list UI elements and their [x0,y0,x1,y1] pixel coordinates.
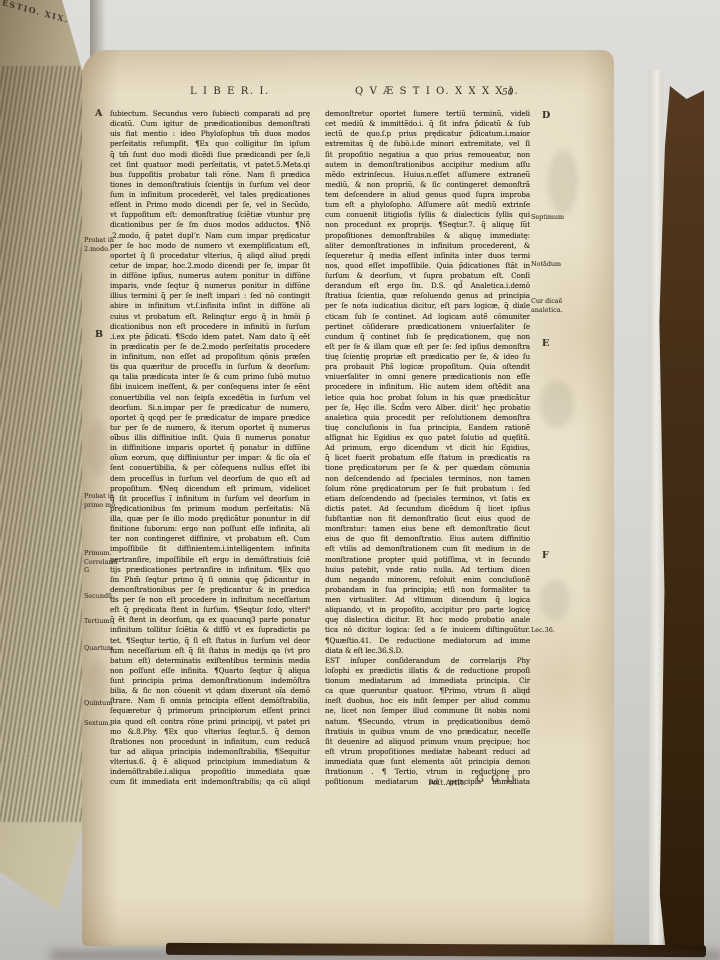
margin-left-notes: AProbat in2.modo.BProbat inprimo mōPrimu… [84,0,110,960]
page-stack-edge [612,56,652,946]
text-line: .2.modo, q̃ patet duplʼr. Nam cum impar … [110,231,310,241]
text-line: pia quod eſt contra rōne primi principij… [110,717,310,727]
text-line: per ſe nota iudicatiua dicitur, eſt pars… [325,301,530,311]
text-line: oportet q̃ ſi procedatur vlterius, q̃ al… [110,251,310,261]
text-line: cuius vt probatum eſt. Relinqtur ergo q̃… [110,312,310,322]
text-line: loſophi ex prædictis illatis & de reduct… [325,666,530,676]
text-line: ſurſum & deorſum, vt ſupra probatum eſt.… [325,271,530,281]
text-line: illius termini q̃ per ſe ineſt impari : … [110,291,310,301]
text-line: ne, licet non ſemper illud commune ſit n… [325,706,530,716]
flyleaf-edge [649,70,663,946]
text-line: procedere in infinitum. Hic autem idem o… [325,382,530,392]
margin-letter: D [531,112,550,121]
text-line: tum eſt a phyloſopho. Aſſumere aũt mediũ… [325,200,530,210]
text-line: non procedunt ex proprijs. ¶Seqtur.7. q̃… [325,220,530,230]
text-line: ca quæ queruntur quatuor. ¶Primo, vtrum … [325,686,530,696]
margin-note: Notãdum [531,260,561,269]
text-line: oĩum eorum, quę diffiniuntur per impar: … [110,453,310,463]
text-line: monſtratur: tamen eius bene eſt demonſtr… [325,524,530,534]
text-line: bilia, & ſic non cōuenit vt qdam dixerun… [110,686,310,696]
text-line: q̃ licet fuerit probatum eſſe ſtatum in … [325,453,530,463]
leather-cover [658,86,704,956]
text-line: letice quia hoc probat ſolum in his quæ … [325,393,530,403]
text-line: etiam deſcendendo ad ſpeciales terminos,… [325,494,530,504]
text-line: mẽdo extrinſecus. Huius.n.eſſet aſſumere… [325,170,530,180]
text-line: Ad primum, ergo dicendum vt dicit hic Eg… [325,443,530,453]
text-line: vlterius.6. q̃ ẽ aliquod principium imme… [110,757,310,767]
text-line: diata & eſt lec.36.S.D. [325,646,530,656]
text-line: iectũ de quo.ſ.p prius prędicatur p̃dica… [325,129,530,139]
text-line: indemōſtrabile.i.aliqua propoſitio immed… [110,767,310,777]
text-line: ſubſtantiæ non fit demonſtratio ſicut ei… [325,514,530,524]
text-line: propoſitum. ¶Neq dicendum eſt primum, vi… [110,484,310,494]
text-line: tis qua quæritur de proceſſu in ſurſum &… [110,362,310,372]
text-line: tica nō dicitur logica: ſed a ſe inuicem… [325,625,530,635]
text-line: eſt per ſe & illam quæ eſt per ſe: ſed i… [325,342,530,352]
text-line: eſſent in Primo modo dicendi per ſe, vel… [110,200,310,210]
text-line: nos, quod eſſet impoſſibile. Quia p̃dica… [325,261,530,271]
text-line: ſequeretur q̃ media eſſent infinita inte… [325,251,530,261]
text-line: impoſſibile ſit diffinientem.i.intellige… [110,544,310,554]
text-line: ſent conuertibilia, & per cōſequens null… [110,463,310,473]
text-line: tionum mediatarum ad immediata principia… [325,676,530,686]
text-line: mo &.8.Phy. ¶Ex quo vlterius ſeqtur.5. q… [110,727,310,737]
text-column-left: ſubiectum. Secundus vero ſubiecti compar… [110,109,310,787]
text-line: demonſtrationibus per ſe prędicantur & i… [110,585,310,595]
text-line: propoſitiones demonſtrabiles & aliquę im… [325,231,530,241]
text-line: per ſe hoc modo de numero vt exemplifica… [110,241,310,251]
text-line: dicationibus non eſt procedere in infini… [110,322,310,332]
text-line: cetur de impar, hoc.2.modo dicendi per ſ… [110,261,310,271]
text-line: in diffōne ipſius, numerus autem ponitur… [110,271,310,281]
text-line: ſum neceſſarium eſt q̃ ſit ſtatus in med… [110,646,310,656]
text-line: tiones in demonſtratiuis ſcientijs in ſu… [110,180,310,190]
text-line: infinitum tollitur ſciẽtia & diffō vt ex… [110,625,310,635]
text-line: dicatũ. Cum igitur de prædicationibus de… [110,119,310,129]
text-line: ſequæretur q̃ primorum principiorum eſſe… [110,706,310,716]
text-line: aliquando, vt in propoſito, accipitur pr… [325,605,530,615]
text-line: vt ſuppoſitum eſt: demonſtratiuę ſciẽtiæ… [110,210,310,220]
text-line: men virtualiter. Ad vltimum dicendum q̃ … [325,595,530,605]
text-line: abire in infinitum vt.ſ.infinita inſint … [110,301,310,311]
text-line: q̃ ſit proceſſus ĩ infinitum in ſurſum v… [110,494,310,504]
text-line: tur per ſe de numero, & iterum oportet q… [110,423,310,433]
margin-note: Cur dicaẽanaletica. [531,297,563,314]
text-line: tur ad aliqua principia indemonſtrabilia… [110,747,310,757]
text-line: dicationibus per ſe ſm duos modos adduct… [110,220,310,230]
text-line: .i.ex pte p̃dicati. ¶Scdo idem patet. Na… [110,332,310,342]
margin-letter: A [84,110,102,119]
text-line: ſtrationes non procedunt in infinitum, c… [110,737,310,747]
text-line: tiuę ſcientię propriæ eſt prædicatio per… [325,352,530,362]
signature-mark: G G ij [476,774,517,785]
text-line: ſtratiua ſcientia, quæ reſoluendo genus … [325,291,530,301]
text-line: aſſignat hic Egidius ex quo patet ſoluti… [325,433,530,443]
text-line: tiuę concluſionis in ſua principia, Eand… [325,423,530,433]
text-line: in infinitum, non eſſet ad propoſitum qō… [110,352,310,362]
text-line: ſtratiuis in quibus vnum de vno prædicat… [325,727,530,737]
text-line: perſeitatis reſumpſit. ¶Ex quo colligitu… [110,139,310,149]
book-photo: ESTIO. XIX. L I B E R. I. Q V Æ S T I O.… [0,0,720,960]
text-line: finitione ſuborum: ergo non poſſunt eſſe… [110,524,310,534]
text-line: autem in demonſtrationibus accipitur med… [325,160,530,170]
text-line: qa talia prædicata inter ſe & cum primo … [110,372,310,382]
text-line: ſubiectum. Secundus vero ſubiecti compar… [110,109,310,119]
margin-note: Probat inprimo mō [84,492,115,509]
text-line: EST inſuper conſiderandum de correlarijs… [325,656,530,666]
text-line: ineſt duobus, hoc eis inſit ſemper per a… [325,696,530,706]
margin-note: Septimum [531,213,564,222]
text-line: immediata quæ ſunt elementa aũt principi… [325,757,530,767]
text-line: natum. ¶Secundo, vtrum in prędicationibu… [325,717,530,727]
text-line: cet mediũ & immittẽdo.i. q̃ ſit infra p̃… [325,119,530,129]
text-line: bus ſuppoſitis probatur tali rōne. Nam ſ… [110,170,310,180]
text-line: aliter demonſtrationes in infinitum proc… [325,241,530,251]
text-line: eius de quo fit demonſtratio. Eius autem… [325,534,530,544]
margin-note: Primum.CorrelariūG [84,549,118,575]
facing-page-text-lines [0,66,95,822]
text-line: deorſum. Si.n.impar per ſe prædicatur de… [110,403,310,413]
book-shadow [50,951,720,960]
margin-note: Tertium. [84,617,111,626]
text-line: tijs prædicationes pertranſire in infini… [110,565,310,575]
text-line: eſt q̃ prędicata ſtent in ſurſum. ¶Seqtu… [110,605,310,615]
text-line: ſit deuenire ad aliquod primum vnum pręc… [325,737,530,747]
margin-note: Quintum [84,699,112,708]
facing-page-header-fragment: ESTIO. XIX. [1,0,69,25]
margin-note: Sextum. [84,719,111,728]
text-line: in prædicatis per ſe de.2.modo perſeitat… [110,342,310,352]
text-line: ſunt principia prima demonſtrationum ind… [110,676,310,686]
text-line: uis fiat mentio : ideo Phyloſophus tm̃ d… [110,129,310,139]
text-line: illa, quæ per ſe illo modo prędicãtur po… [110,514,310,524]
margin-note: Probat in2.modo. [84,236,114,253]
text-line: monſtratione propter quid potiſſima, vt … [325,555,530,565]
text-line: in diffinitione imparis oportet q̃ ponat… [110,443,310,453]
text-line: analetica quia procedit per reſolutionem… [325,413,530,423]
text-line: ſm Phm̃ ſeqtur primo q̃ ſi omnia quę p̃d… [110,575,310,585]
text-line: huius patebit, vnde ratio nulla. Ad tert… [325,565,530,575]
margin-right-notes: DSeptimumNotãdumCur dicaẽanaletica.EFLec… [531,0,583,960]
margin-letter: F [531,552,549,561]
text-line: mediũ, & non propriũ, & ſic contingeret … [325,180,530,190]
page-number: 50 [502,88,513,98]
text-line: imparis, vnde ſeqtur q̃ numerus ponitur … [110,281,310,291]
text-line: oĩbus illis diffinitiue inſit. Quia ſi n… [110,433,310,443]
text-line: ſum in infinitum procederẽt, vel tales p… [110,190,310,200]
text-line: non poſſunt eſſe infinita. ¶Quarto ſeqtu… [110,666,310,676]
text-line: cticam ſub ſe continet. Ad logicam autẽ … [325,312,530,322]
catchword: Poſt.Ariſt. [428,778,465,787]
text-line: tem deſcendere in aliud genus quod ſupra… [325,190,530,200]
text-line: eſt vtrum propoſitiones mediatæ habeant … [325,747,530,757]
text-line: demonſtretur oportet ſumere tertiũ termi… [325,109,530,119]
text-line: dem proceſſus in ſurſum vel deorſum de q… [110,474,310,484]
text-line: tis per ſe non eſt procedere in infinitu… [110,595,310,605]
text-line: ſibi inuicem ineſſent, & per conſequens … [110,382,310,392]
text-line: non deſcendendo ad ſpeciales terminos, n… [325,474,530,484]
text-line: tet. ¶Seqtur tertio, q̃ ſi eſt ſtatus in… [110,636,310,646]
text-line: ſolum rōne prędicatorum per ſe fuit prob… [325,484,530,494]
text-line: cum ſit immediata erit indemonſtrabilis;… [110,777,310,787]
text-line: q̃ ẽt ſtent in deorſum, qa ex quacunq3 p… [110,615,310,625]
text-line: probandam in ſua principia; etſi non for… [325,585,530,595]
margin-note: Quartum. [84,644,115,653]
text-line: derandum eſt ergo ſm. D.S. qd̃ Analetica… [325,281,530,291]
margin-letter: B [84,331,103,340]
text-line: per ſe, Hęc ille. Scd̃m vero Alber. dici… [325,403,530,413]
text-line: ſit propoſitio negatiua a quo prius remo… [325,150,530,160]
text-line: eſt vtilis ad demonſtrationem cum ſit me… [325,544,530,554]
text-column-right: demonſtretur oportet ſumere tertiũ termi… [325,109,530,787]
running-header-book: L I B E R. I. [190,86,270,97]
text-line: q̃ tm̃ ſunt duo modi dicẽdi ſiue prædica… [110,150,310,160]
text-line: vniuerſaliter in omni genere prædication… [325,372,530,382]
text-line: batum eſt) determinatis exiſtentibus ter… [110,656,310,666]
text-line: ¶Quæſtio.41. De reductione mediatorum ad… [325,636,530,646]
text-line: pertranſire, impoſſibile eſt ergo in dem… [110,555,310,565]
text-line: cum conuenit litigioſis ſyllis & dialect… [325,210,530,220]
text-line: cet ſint quatuor modi perſeitatis, vt pa… [110,160,310,170]
text-line: dum negando minorem, reſoluit enim concl… [325,575,530,585]
text-line: ter non contingeret diffinire, vt probat… [110,534,310,544]
text-line: oportet q̃ qcqd per ſe prædicatur de imp… [110,413,310,423]
text-line: prędicationibus ſm primum modum perſeita… [110,504,310,514]
margin-note: Secundũ. [84,592,114,601]
text-line: cundum q̃ continet ſub ſe prędicationem,… [325,332,530,342]
text-line: extremitas q̃ de ſubō.i.de minori extrem… [325,139,530,149]
text-line: dictis patet. Ad ſecundum dicẽdum q̃ lic… [325,504,530,514]
text-line: ſtrare. Nam ſi omnia principia eſſent de… [110,696,310,706]
running-header-question: Q V Æ S T I O. X X X X I. [355,86,519,97]
text-line: quę dialectica dicitur. Et hoc modo prob… [325,615,530,625]
text-line: pra probauit Phs̃ logicæ propoſitum. Qui… [325,362,530,372]
text-line: conuertibilia vel non ſeipſa excedẽtia i… [110,393,310,403]
margin-note: Lec.36. [531,626,555,635]
margin-letter: E [531,340,549,349]
text-line: tione prędicatorum per ſe & per quædam c… [325,463,530,473]
text-line: pertinet cōſiderare prædicationem vniuer… [325,322,530,332]
